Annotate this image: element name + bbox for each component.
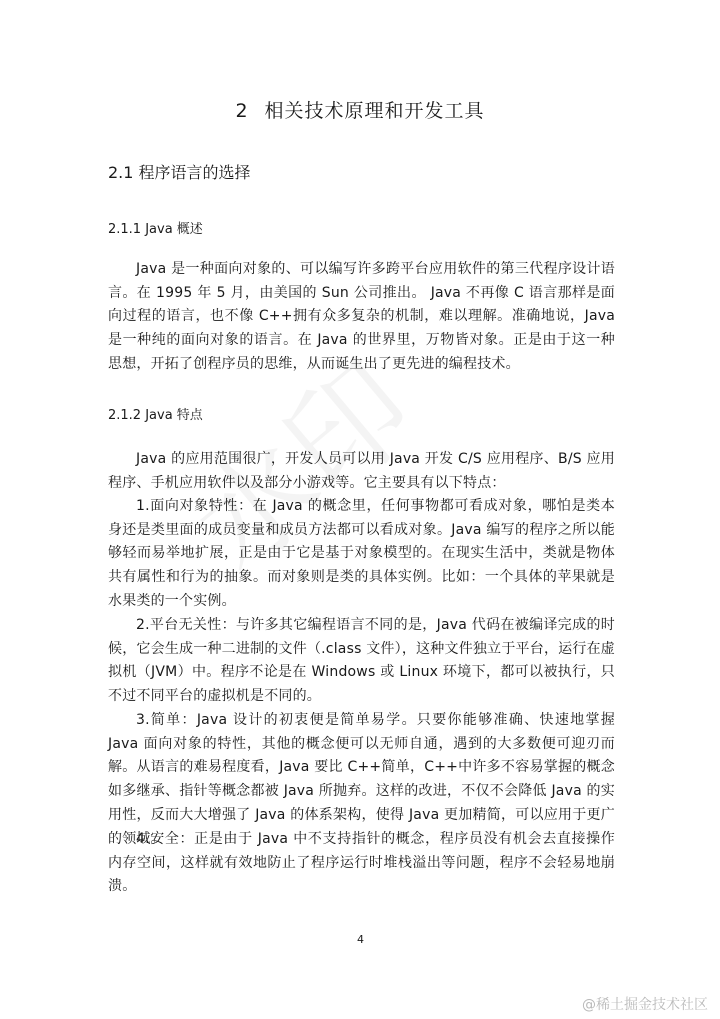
subsection-heading-features: 2.1.2 Java 特点	[108, 404, 203, 423]
section-number: 2.1	[108, 163, 133, 182]
subsection-heading-overview: 2.1.1 Java 概述	[108, 218, 203, 237]
chapter-number: 2	[235, 100, 248, 122]
chapter-title-text: 相关技术原理和开发工具	[265, 100, 485, 122]
paragraph-features-intro: Java 的应用范围很广，开发人员可以用 Java 开发 C/S 应用程序、B/…	[108, 448, 615, 495]
section-heading: 2.1 程序语言的选择	[108, 160, 251, 183]
paragraph-feature-security: 4.安全：正是由于 Java 中不支持指针的概念，程序员没有机会去直接操作内存空…	[108, 828, 615, 899]
paragraph-java-overview: Java 是一种面向对象的、可以编写许多跨平台应用软件的第三代程序设计语言。在 …	[108, 258, 615, 377]
paragraph-feature-platform: 2.平台无关性：与许多其它编程语言不同的是，Java 代码在被编译完成的时候，它…	[108, 614, 615, 709]
chapter-title: 2相关技术原理和开发工具	[0, 96, 720, 123]
document-page: 水印 2相关技术原理和开发工具 2.1 程序语言的选择 2.1.1 Java 概…	[0, 0, 720, 1019]
paragraph-feature-oop: 1.面向对象特性：在 Java 的概念里，任何事物都可看成对象，哪怕是类本身还是…	[108, 495, 615, 614]
page-number: 4	[357, 933, 364, 946]
section-title: 程序语言的选择	[139, 163, 251, 182]
platform-watermark: @稀土掘金技术社区	[582, 994, 708, 1014]
